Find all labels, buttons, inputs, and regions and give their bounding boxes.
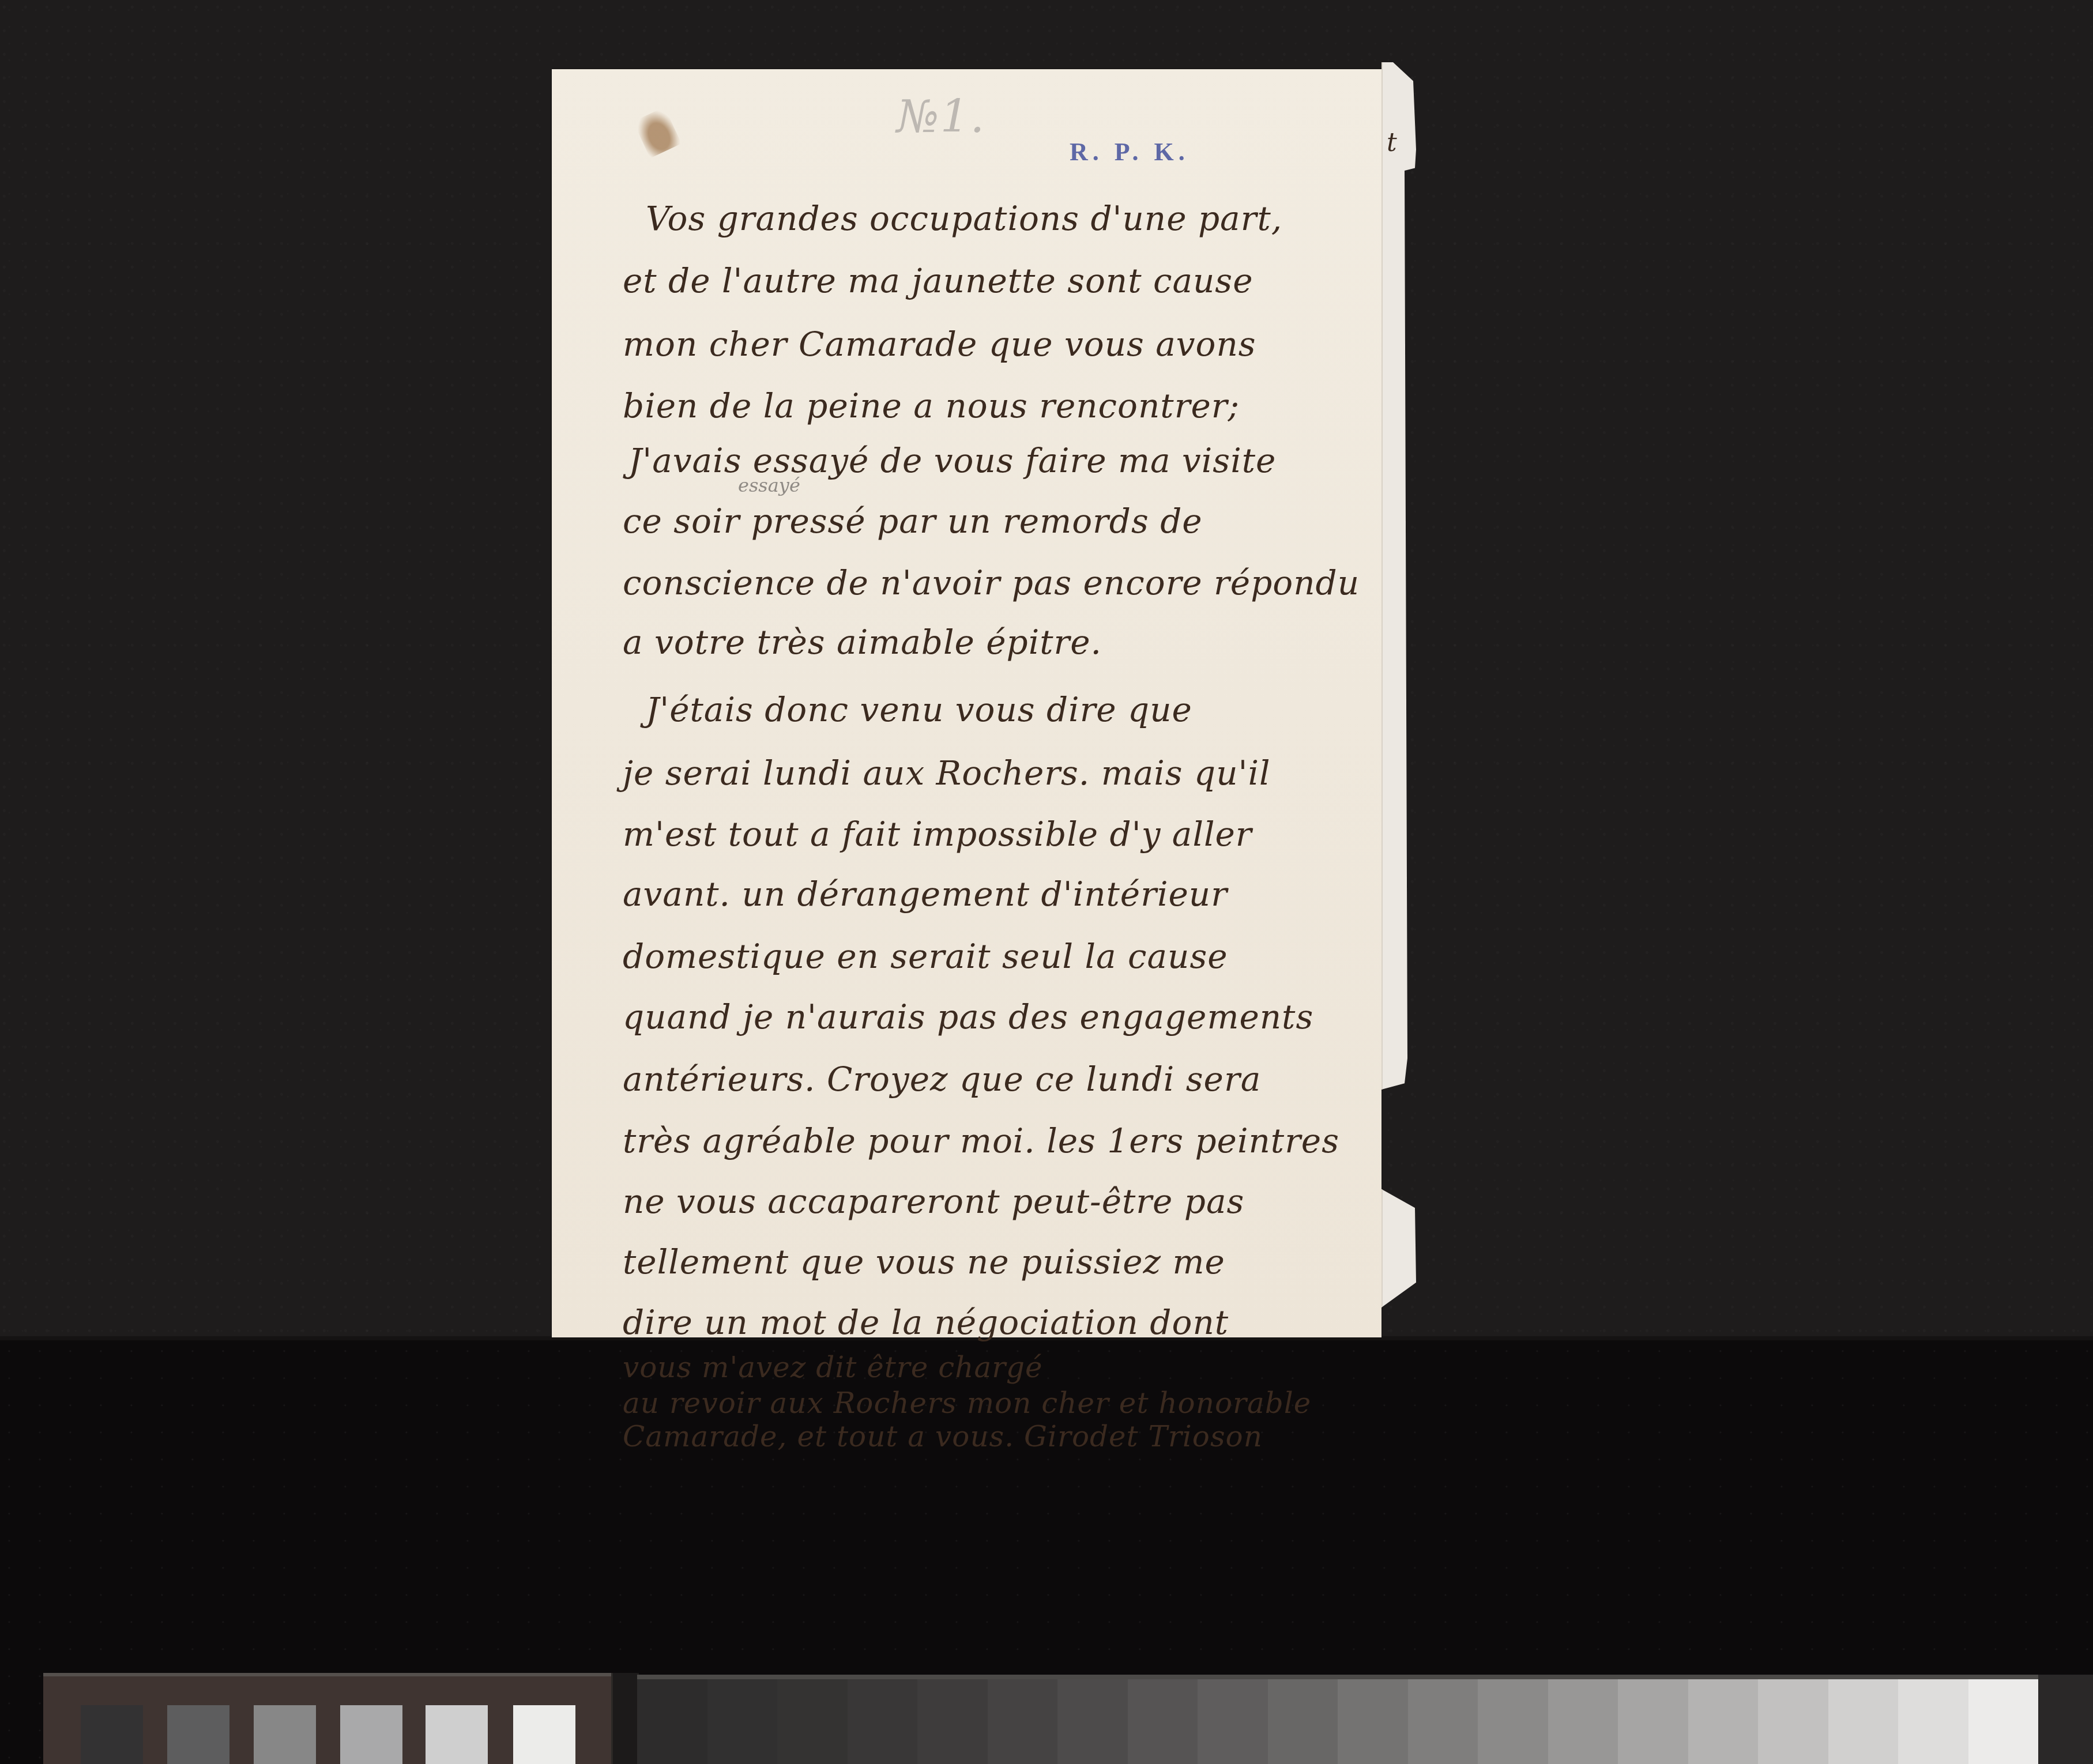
gray-patch [340, 1705, 402, 1764]
gray-step [1968, 1679, 2039, 1764]
gray-step [917, 1679, 988, 1764]
letter-line: dire un mot de la négociation dont [623, 1303, 1229, 1342]
letter-line: je serai lundi aux Rochers. mais qu'il [623, 753, 1271, 793]
letter-line: tellement que vous ne puissiez me [623, 1242, 1225, 1281]
letter-closing-signature: Camarade, et tout a vous. Girodet Trioso… [623, 1420, 1263, 1453]
margin-mark: t [1387, 128, 1397, 157]
letter-line: et de l'autre ma jaunette sont cause [623, 261, 1253, 300]
gray-step [988, 1679, 1058, 1764]
letter-line: Vos grandes occupations d'une part, [646, 199, 1282, 238]
gray-step [1828, 1679, 1899, 1764]
letter-line: avant. un dérangement d'intérieur [623, 875, 1228, 914]
letter-line: ne vous accapareront peut-être pas [623, 1182, 1244, 1221]
gray-step [1408, 1679, 1478, 1764]
letter-line: au revoir aux Rochers mon cher et honora… [623, 1386, 1311, 1420]
letter-line: très agréable pour moi. les 1ers peintre… [623, 1121, 1339, 1160]
gray-step [1128, 1679, 1198, 1764]
letter-line: mon cher Camarade que vous avons [623, 325, 1256, 364]
gray-step [1898, 1679, 1968, 1764]
gray-patch [513, 1705, 575, 1764]
interlinear-correction: essayé [738, 474, 800, 496]
gray-step [707, 1679, 778, 1764]
gray-step [1758, 1679, 1828, 1764]
gray-patch [167, 1705, 229, 1764]
gray-step [1688, 1679, 1759, 1764]
calibration-gray-scale-end [2038, 1675, 2093, 1764]
archive-number: №1. [897, 91, 985, 143]
letter-line: quand je n'aurais pas des engagements [623, 997, 1313, 1036]
calibration-gray-scale [637, 1675, 2038, 1764]
gray-step [777, 1679, 848, 1764]
gray-step [848, 1679, 918, 1764]
letter-line: J'étais donc venu vous dire que [646, 690, 1192, 729]
letter-line: antérieurs. Croyez que ce lundi sera [623, 1060, 1261, 1099]
gray-step [1618, 1679, 1688, 1764]
gray-patch [426, 1705, 488, 1764]
gray-step [637, 1679, 707, 1764]
gray-step [1478, 1679, 1548, 1764]
letter-line: vous m'avez dit être chargé [623, 1351, 1043, 1384]
letter-line: J'avais essayé de vous faire ma visite [628, 441, 1276, 480]
gray-step [1548, 1679, 1618, 1764]
gray-patch [81, 1705, 143, 1764]
letter-line: bien de la peine a nous rencontrer; [623, 386, 1240, 425]
gray-step [1057, 1679, 1128, 1764]
letter-line: conscience de n'avoir pas encore répondu [623, 563, 1360, 602]
calibration-divider [611, 1673, 639, 1764]
letter-line: m'est tout a fait impossible d'y aller [623, 815, 1252, 854]
gray-step [1198, 1679, 1268, 1764]
letter-line: domestique en serait seul la cause [623, 937, 1228, 976]
letter-line: a votre très aimable épitre. [623, 623, 1102, 662]
letter-line: ce soir pressé par un remords de [623, 502, 1203, 541]
collection-stamp: R. P. K. [1070, 137, 1189, 167]
gray-patch [254, 1705, 316, 1764]
calibration-gray-card [43, 1673, 611, 1764]
gray-step [1338, 1679, 1408, 1764]
gray-step [1268, 1679, 1338, 1764]
